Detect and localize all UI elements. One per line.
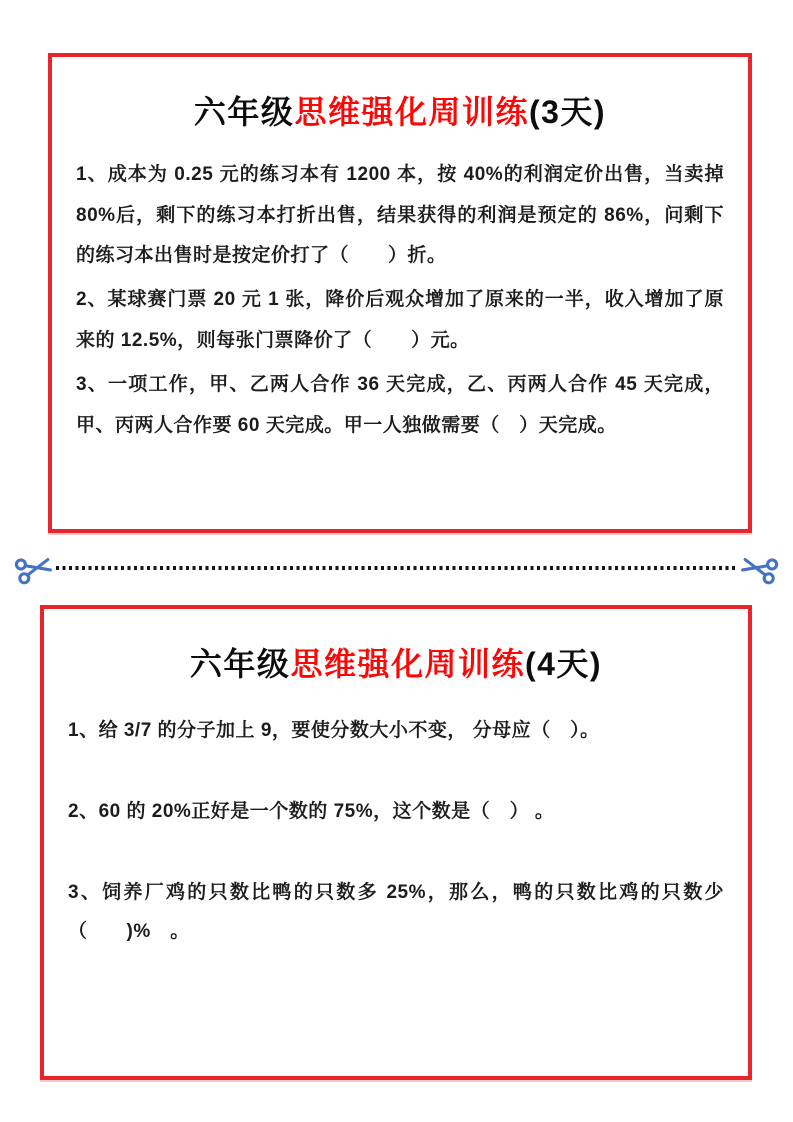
dotted-cut-line xyxy=(56,566,737,570)
problem-3-day3: 3、一项工作，甲、乙两人合作 36 天完成，乙、丙两人合作 45 天完成，甲、丙… xyxy=(76,365,724,447)
title-grade-text: 六年级 xyxy=(190,646,291,682)
cut-line-divider xyxy=(14,550,779,586)
title-highlight-text: 思维强化周训练 xyxy=(290,646,525,682)
problem-2-day4: 2、60 的 20%正好是一个数的 75%，这个数是（ ） 。 xyxy=(68,792,724,832)
title-day-text: (4天) xyxy=(525,646,602,682)
title-day-text: (3天) xyxy=(529,94,606,130)
card-title-day4: 六年级思维强化周训练(4天) xyxy=(68,642,724,687)
card-title-day3: 六年级思维强化周训练(3天) xyxy=(76,90,724,135)
worksheet-card-day3: 六年级思维强化周训练(3天) 1、成本为 0.25 元的练习本有 1200 本，… xyxy=(48,53,752,533)
title-highlight-text: 思维强化周训练 xyxy=(294,94,529,130)
title-grade-text: 六年级 xyxy=(194,94,295,130)
problem-1-day3: 1、成本为 0.25 元的练习本有 1200 本，按 40%的利润定价出售，当卖… xyxy=(76,155,724,278)
worksheet-page: 六年级思维强化周训练(3天) 1、成本为 0.25 元的练习本有 1200 本，… xyxy=(0,0,793,1122)
problem-1-day4: 1、给 3/7 的分子加上 9，要使分数大小不变， 分母应（ ）。 xyxy=(68,711,724,751)
problem-2-day3: 2、某球赛门票 20 元 1 张，降价后观众增加了原来的一半，收入增加了原来的 … xyxy=(76,280,724,362)
scissors-icon xyxy=(11,548,58,589)
scissors-icon xyxy=(736,548,783,589)
problem-3-day4: 3、饲养厂鸡的只数比鸭的只数多 25%，那么，鸭的只数比鸡的只数少（ )% 。 xyxy=(68,873,724,953)
worksheet-card-day4: 六年级思维强化周训练(4天) 1、给 3/7 的分子加上 9，要使分数大小不变，… xyxy=(40,605,752,1080)
